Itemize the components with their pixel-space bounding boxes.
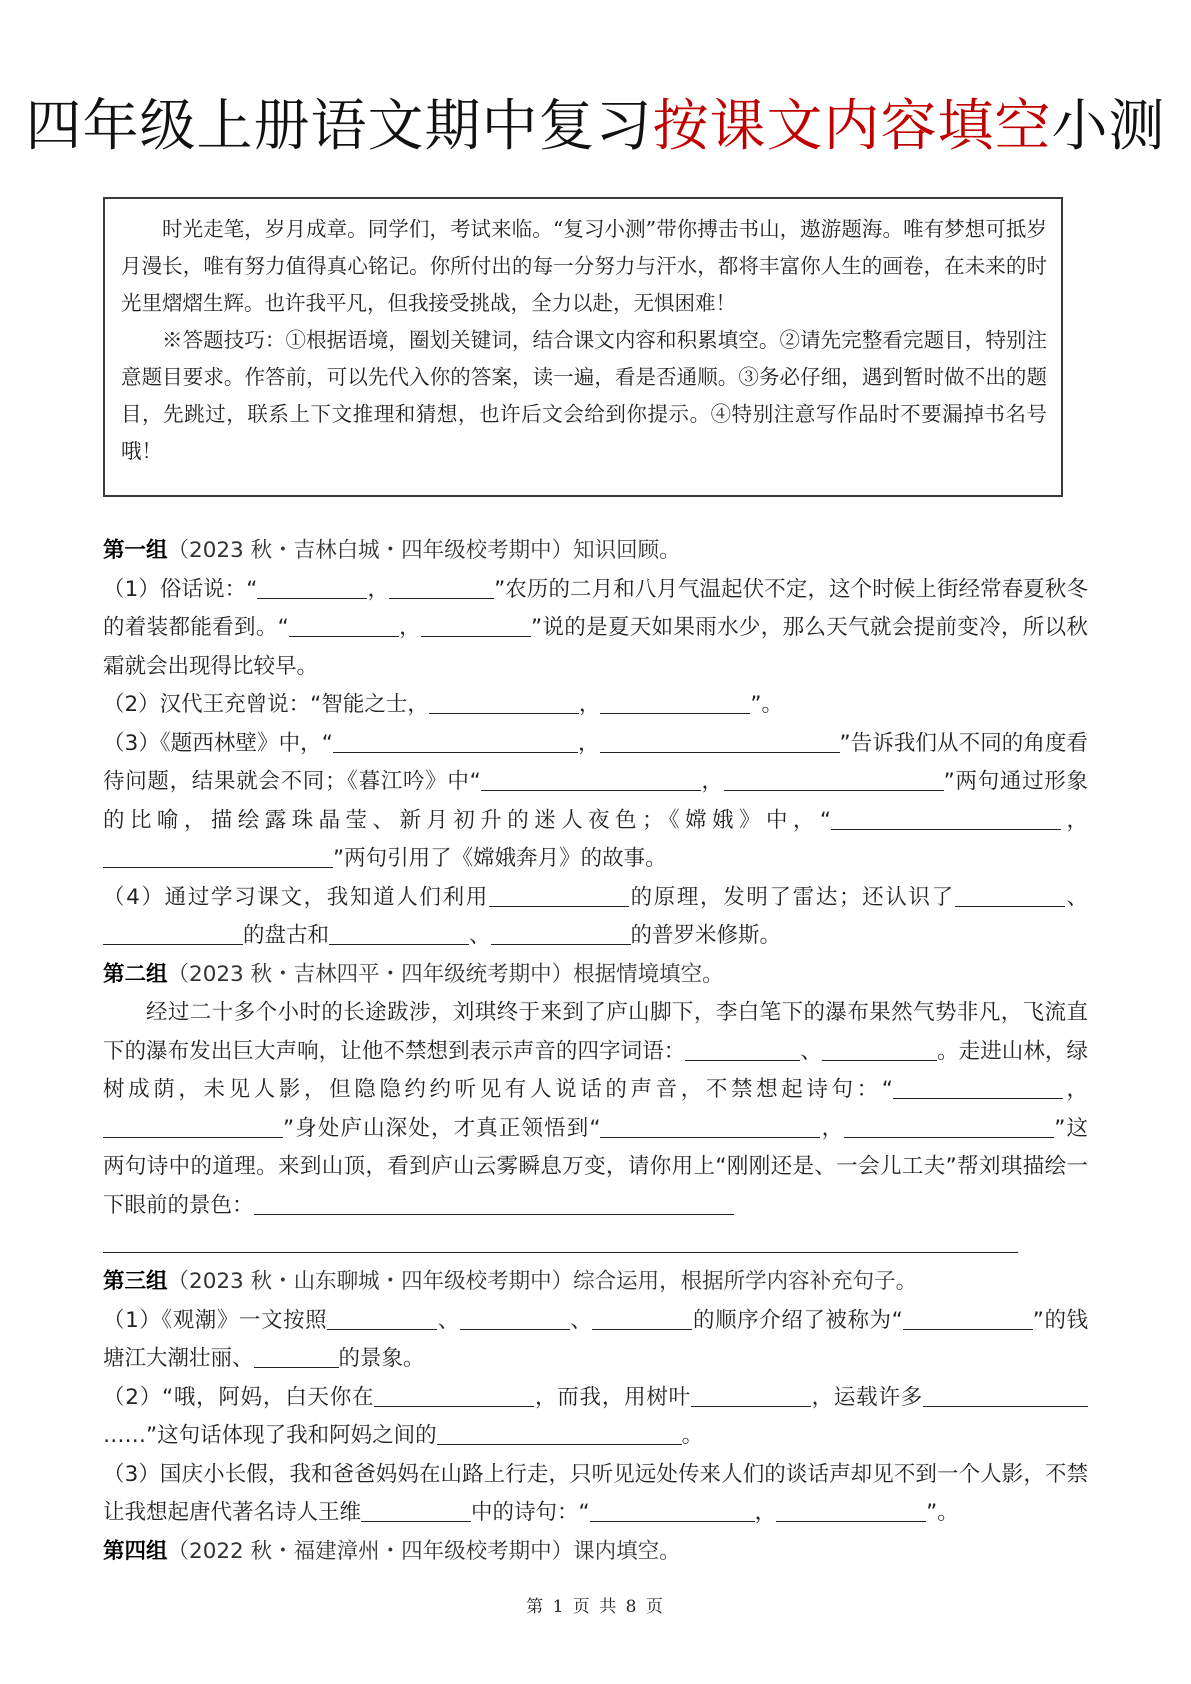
text: 、 <box>437 1308 460 1333</box>
group-1-question-2: （2）汉代王充曾说：“智能之士，，”。 <box>103 686 1088 725</box>
text: （2）汉代王充曾说：“智能之士， <box>103 692 429 717</box>
text: ， <box>1063 1077 1088 1102</box>
group-1-question-1: （1）俗话说：“，”农历的二月和八月气温起伏不定，这个时候上街经常春夏秋冬的着装… <box>103 571 1088 687</box>
intro-paragraph-1: 时光走笔，岁月成章。同学们，考试来临。“复习小测”带你搏击书山，遨游题海。唯有梦… <box>121 211 1047 322</box>
group-1-question-3: （3）《题西林壁》中，“，”告诉我们从不同的角度看待问题，结果就会不同；《暮江吟… <box>103 725 1088 879</box>
blank[interactable] <box>955 884 1065 907</box>
text: 、 <box>469 923 491 948</box>
blank[interactable] <box>254 1192 734 1215</box>
text: ， <box>755 1500 777 1525</box>
text: ，运载许多 <box>811 1385 923 1410</box>
blank[interactable] <box>600 692 750 715</box>
group-3-name: 第三组 <box>103 1269 168 1294</box>
text: ”两句引用了《嫦娥奔月》的故事。 <box>333 846 667 871</box>
group-3-question-3: （3）国庆小长假，我和爸爸妈妈在山路上行走，只听见远处传来人们的谈话声却见不到一… <box>103 1456 1088 1533</box>
blank[interactable] <box>460 1307 570 1330</box>
blank[interactable] <box>374 1384 534 1407</box>
text: 、 <box>1065 885 1088 910</box>
blank[interactable] <box>691 1384 811 1407</box>
blank[interactable] <box>361 1500 471 1523</box>
text: ”。 <box>926 1500 959 1525</box>
text: （4）通过学习课文，我知道人们利用 <box>103 885 489 910</box>
blank[interactable] <box>103 1231 1018 1254</box>
blank[interactable] <box>592 1307 692 1330</box>
group-2-name: 第二组 <box>103 962 168 987</box>
text: ”。 <box>750 692 783 717</box>
blank[interactable] <box>103 846 333 869</box>
group-4-header: 第四组（2022 秋・福建漳州・四年级校考期中）课内填空。 <box>103 1533 1088 1572</box>
blank[interactable] <box>590 1500 755 1523</box>
group-3-question-1: （1）《观潮》一文按照、、的顺序介绍了被称为“”的钱塘江大潮壮丽、的景象。 <box>103 1302 1088 1379</box>
group-2-header: 第二组（2023 秋・吉林四平・四年级统考期中）根据情境填空。 <box>103 956 1088 995</box>
blank[interactable] <box>257 576 367 599</box>
group-3-question-2: （2）“哦，阿妈，白天你在，而我，用树叶，运载许多……”这句话体现了我和阿妈之间… <box>103 1379 1088 1456</box>
blank[interactable] <box>329 923 469 946</box>
blank[interactable] <box>389 576 494 599</box>
blank[interactable] <box>600 1115 820 1138</box>
text: 、 <box>570 1308 593 1333</box>
group-1-name: 第一组 <box>103 538 168 563</box>
blank[interactable] <box>923 1384 1088 1407</box>
text: 的顺序介绍了被称为“ <box>692 1308 902 1333</box>
intro-box: 时光走笔，岁月成章。同学们，考试来临。“复习小测”带你搏击书山，遨游题海。唯有梦… <box>103 197 1063 497</box>
group-1-question-4: （4）通过学习课文，我知道人们利用的原理，发明了雷达；还认识了、的盘古和、的普罗… <box>103 879 1088 956</box>
blank[interactable] <box>429 692 579 715</box>
blank[interactable] <box>437 1423 682 1446</box>
blank[interactable] <box>481 769 701 792</box>
text: ， <box>701 769 724 794</box>
text: ， <box>578 731 600 756</box>
blank[interactable] <box>831 807 1061 830</box>
blank[interactable] <box>103 1115 283 1138</box>
blank[interactable] <box>333 730 578 753</box>
text: ， <box>579 692 601 717</box>
page-number: 第 1 页 共 8 页 <box>0 1592 1191 1617</box>
text: 、 <box>800 1039 822 1064</box>
text: ， <box>399 615 421 640</box>
text: ……”这句话体现了我和阿妈之间的 <box>103 1423 437 1448</box>
blank[interactable] <box>685 1038 800 1061</box>
blank[interactable] <box>822 1038 937 1061</box>
blank[interactable] <box>893 1077 1063 1100</box>
group-3-source: （2023 秋・山东聊城・四年级校考期中）综合运用，根据所学内容补充句子。 <box>168 1269 918 1294</box>
text: （1）《观潮》一文按照 <box>103 1308 327 1333</box>
blank[interactable] <box>491 923 631 946</box>
group-3-header: 第三组（2023 秋・山东聊城・四年级校考期中）综合运用，根据所学内容补充句子。 <box>103 1263 1088 1302</box>
page-title: 四年级上册语文期中复习按课文内容填空小测 <box>0 92 1191 162</box>
blank[interactable] <box>421 615 531 638</box>
blank[interactable] <box>489 884 629 907</box>
title-highlight: 按课文内容填空 <box>653 94 1052 159</box>
blank[interactable] <box>903 1307 1033 1330</box>
blank[interactable] <box>327 1307 437 1330</box>
intro-tips: ※答题技巧：①根据语境，圈划关键词，结合课文内容和积累填空。②请先完整看完题目，… <box>121 322 1047 470</box>
text: （2）“哦，阿妈，白天你在 <box>103 1385 374 1410</box>
group-4-name: 第四组 <box>103 1539 168 1564</box>
group-2-passage: 经过二十多个小时的长途跋涉，刘琪终于来到了庐山脚下，李白笔下的瀑布果然气势非凡，… <box>103 994 1088 1225</box>
text: （1）俗话说：“ <box>103 577 257 602</box>
blank[interactable] <box>844 1115 1054 1138</box>
blank[interactable] <box>103 923 243 946</box>
question-content: 第一组（2023 秋・吉林白城・四年级校考期中）知识回顾。 （1）俗话说：“，”… <box>103 532 1088 1571</box>
group-2-source: （2023 秋・吉林四平・四年级统考期中）根据情境填空。 <box>168 962 724 987</box>
blank[interactable] <box>289 615 399 638</box>
blank[interactable] <box>776 1500 926 1523</box>
text: ， <box>367 577 389 602</box>
text: ， <box>1061 808 1088 833</box>
text: （3）《题西林壁》中，“ <box>103 731 333 756</box>
text: 的普罗米修斯。 <box>631 923 782 948</box>
title-part-3: 小测 <box>1052 94 1166 159</box>
text: 的景象。 <box>339 1346 425 1371</box>
text: 的盘古和 <box>243 923 329 948</box>
blank[interactable] <box>600 730 840 753</box>
text: 的原理，发明了雷达；还认识了 <box>629 885 955 910</box>
text: 中的诗句：“ <box>471 1500 590 1525</box>
text: ，而我，用树叶 <box>534 1385 691 1410</box>
group-1-source: （2023 秋・吉林白城・四年级校考期中）知识回顾。 <box>168 538 681 563</box>
title-part-1: 四年级上册语文期中复习 <box>26 94 653 159</box>
group-4-source: （2022 秋・福建漳州・四年级校考期中）课内填空。 <box>168 1539 681 1564</box>
text: 。 <box>682 1423 704 1448</box>
group-1-header: 第一组（2023 秋・吉林白城・四年级校考期中）知识回顾。 <box>103 532 1088 571</box>
text: ”身处庐山深处，才真正领悟到“ <box>283 1116 600 1141</box>
text: ， <box>820 1116 844 1141</box>
blank[interactable] <box>724 769 944 792</box>
blank[interactable] <box>254 1346 339 1369</box>
group-2-answer-line <box>103 1225 1088 1263</box>
